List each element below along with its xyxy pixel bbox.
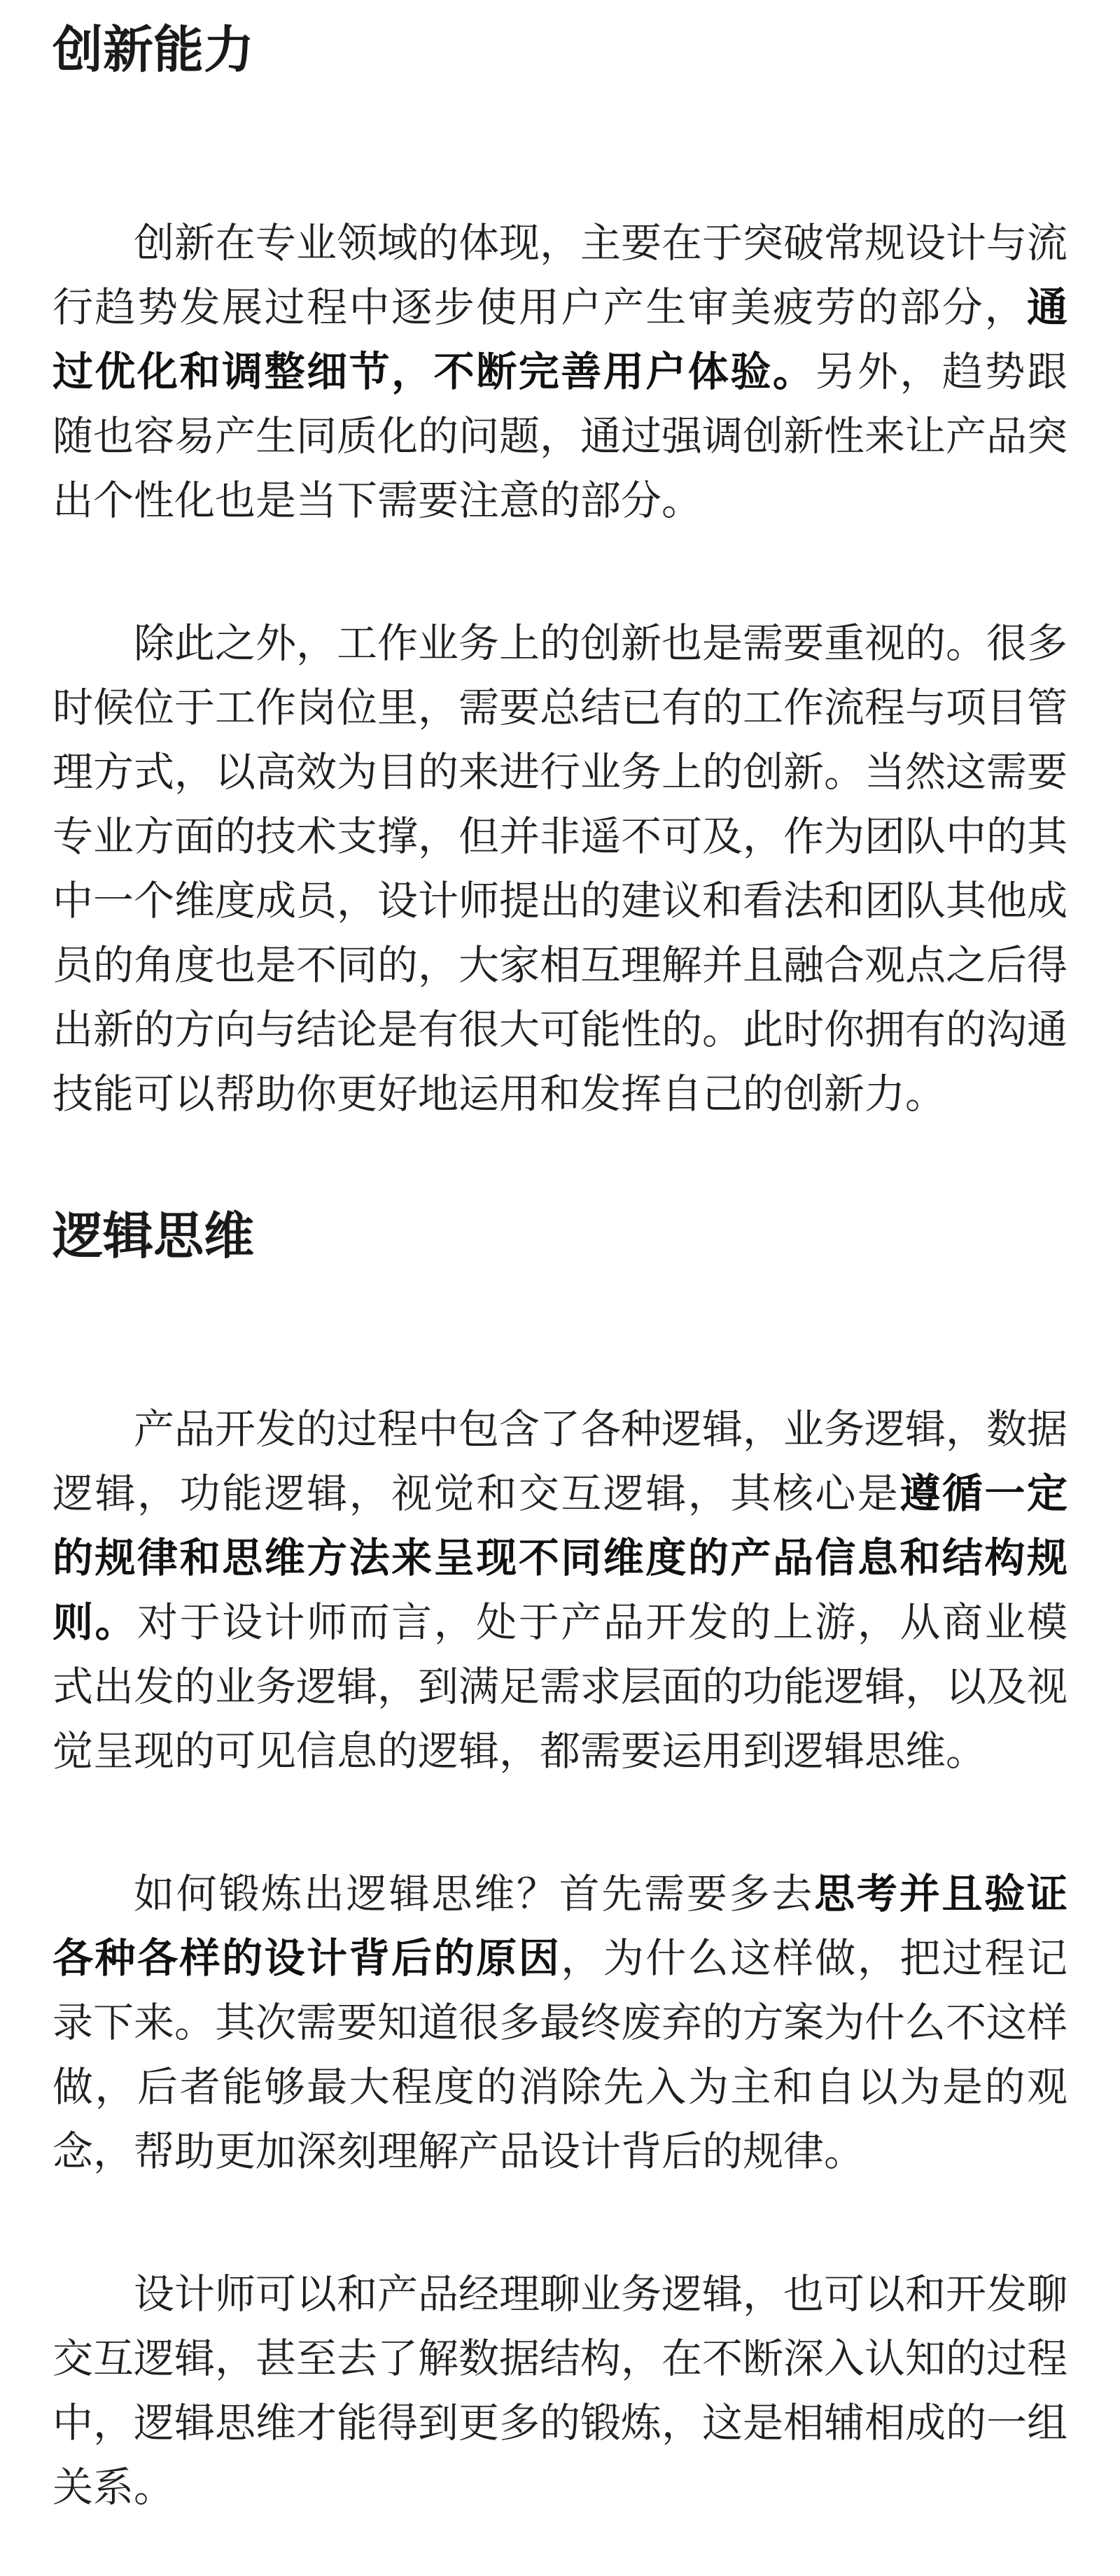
section-heading-innovation-ability: 创新能力 bbox=[52, 19, 1067, 82]
paragraph: 产品开发的过程中包含了各种逻辑，业务逻辑，数据逻辑，功能逻辑，视觉和交互逻辑，其… bbox=[52, 1398, 1067, 1784]
text-run: 对于设计师而言，处于产品开发的上游，从商业模式出发的业务逻辑，到满足需求层面的功… bbox=[52, 1600, 1067, 1774]
text-run: 创新在专业领域的体现，主要在于突破常规设计与流行趋势发展过程中逐步使用户产生审美… bbox=[52, 220, 1067, 330]
paragraph: 创新在专业领域的体现，主要在于突破常规设计与流行趋势发展过程中逐步使用户产生审美… bbox=[52, 211, 1067, 533]
text-run: 除此之外，工作业务上的创新也是需要重视的。很多时候位于工作岗位里，需要总结已有的… bbox=[52, 621, 1067, 1117]
paragraph: 设计师可以和产品经理聊业务逻辑，也可以和开发聊交互逻辑，甚至去了解数据结构，在不… bbox=[52, 2262, 1067, 2520]
article-page: 创新能力 创新在专业领域的体现，主要在于突破常规设计与流行趋势发展过程中逐步使用… bbox=[0, 0, 1120, 2576]
paragraph: 如何锻炼出逻辑思维？首先需要多去思考并且验证各种各样的设计背后的原因，为什么这样… bbox=[52, 1862, 1067, 2184]
text-run: 如何锻炼出逻辑思维？首先需要多去 bbox=[134, 1871, 814, 1917]
section-heading-logical-thinking: 逻辑思维 bbox=[52, 1205, 1067, 1268]
text-run: 设计师可以和产品经理聊业务逻辑，也可以和开发聊交互逻辑，甚至去了解数据结构，在不… bbox=[52, 2272, 1067, 2510]
paragraph: 除此之外，工作业务上的创新也是需要重视的。很多时候位于工作岗位里，需要总结已有的… bbox=[52, 612, 1067, 1127]
